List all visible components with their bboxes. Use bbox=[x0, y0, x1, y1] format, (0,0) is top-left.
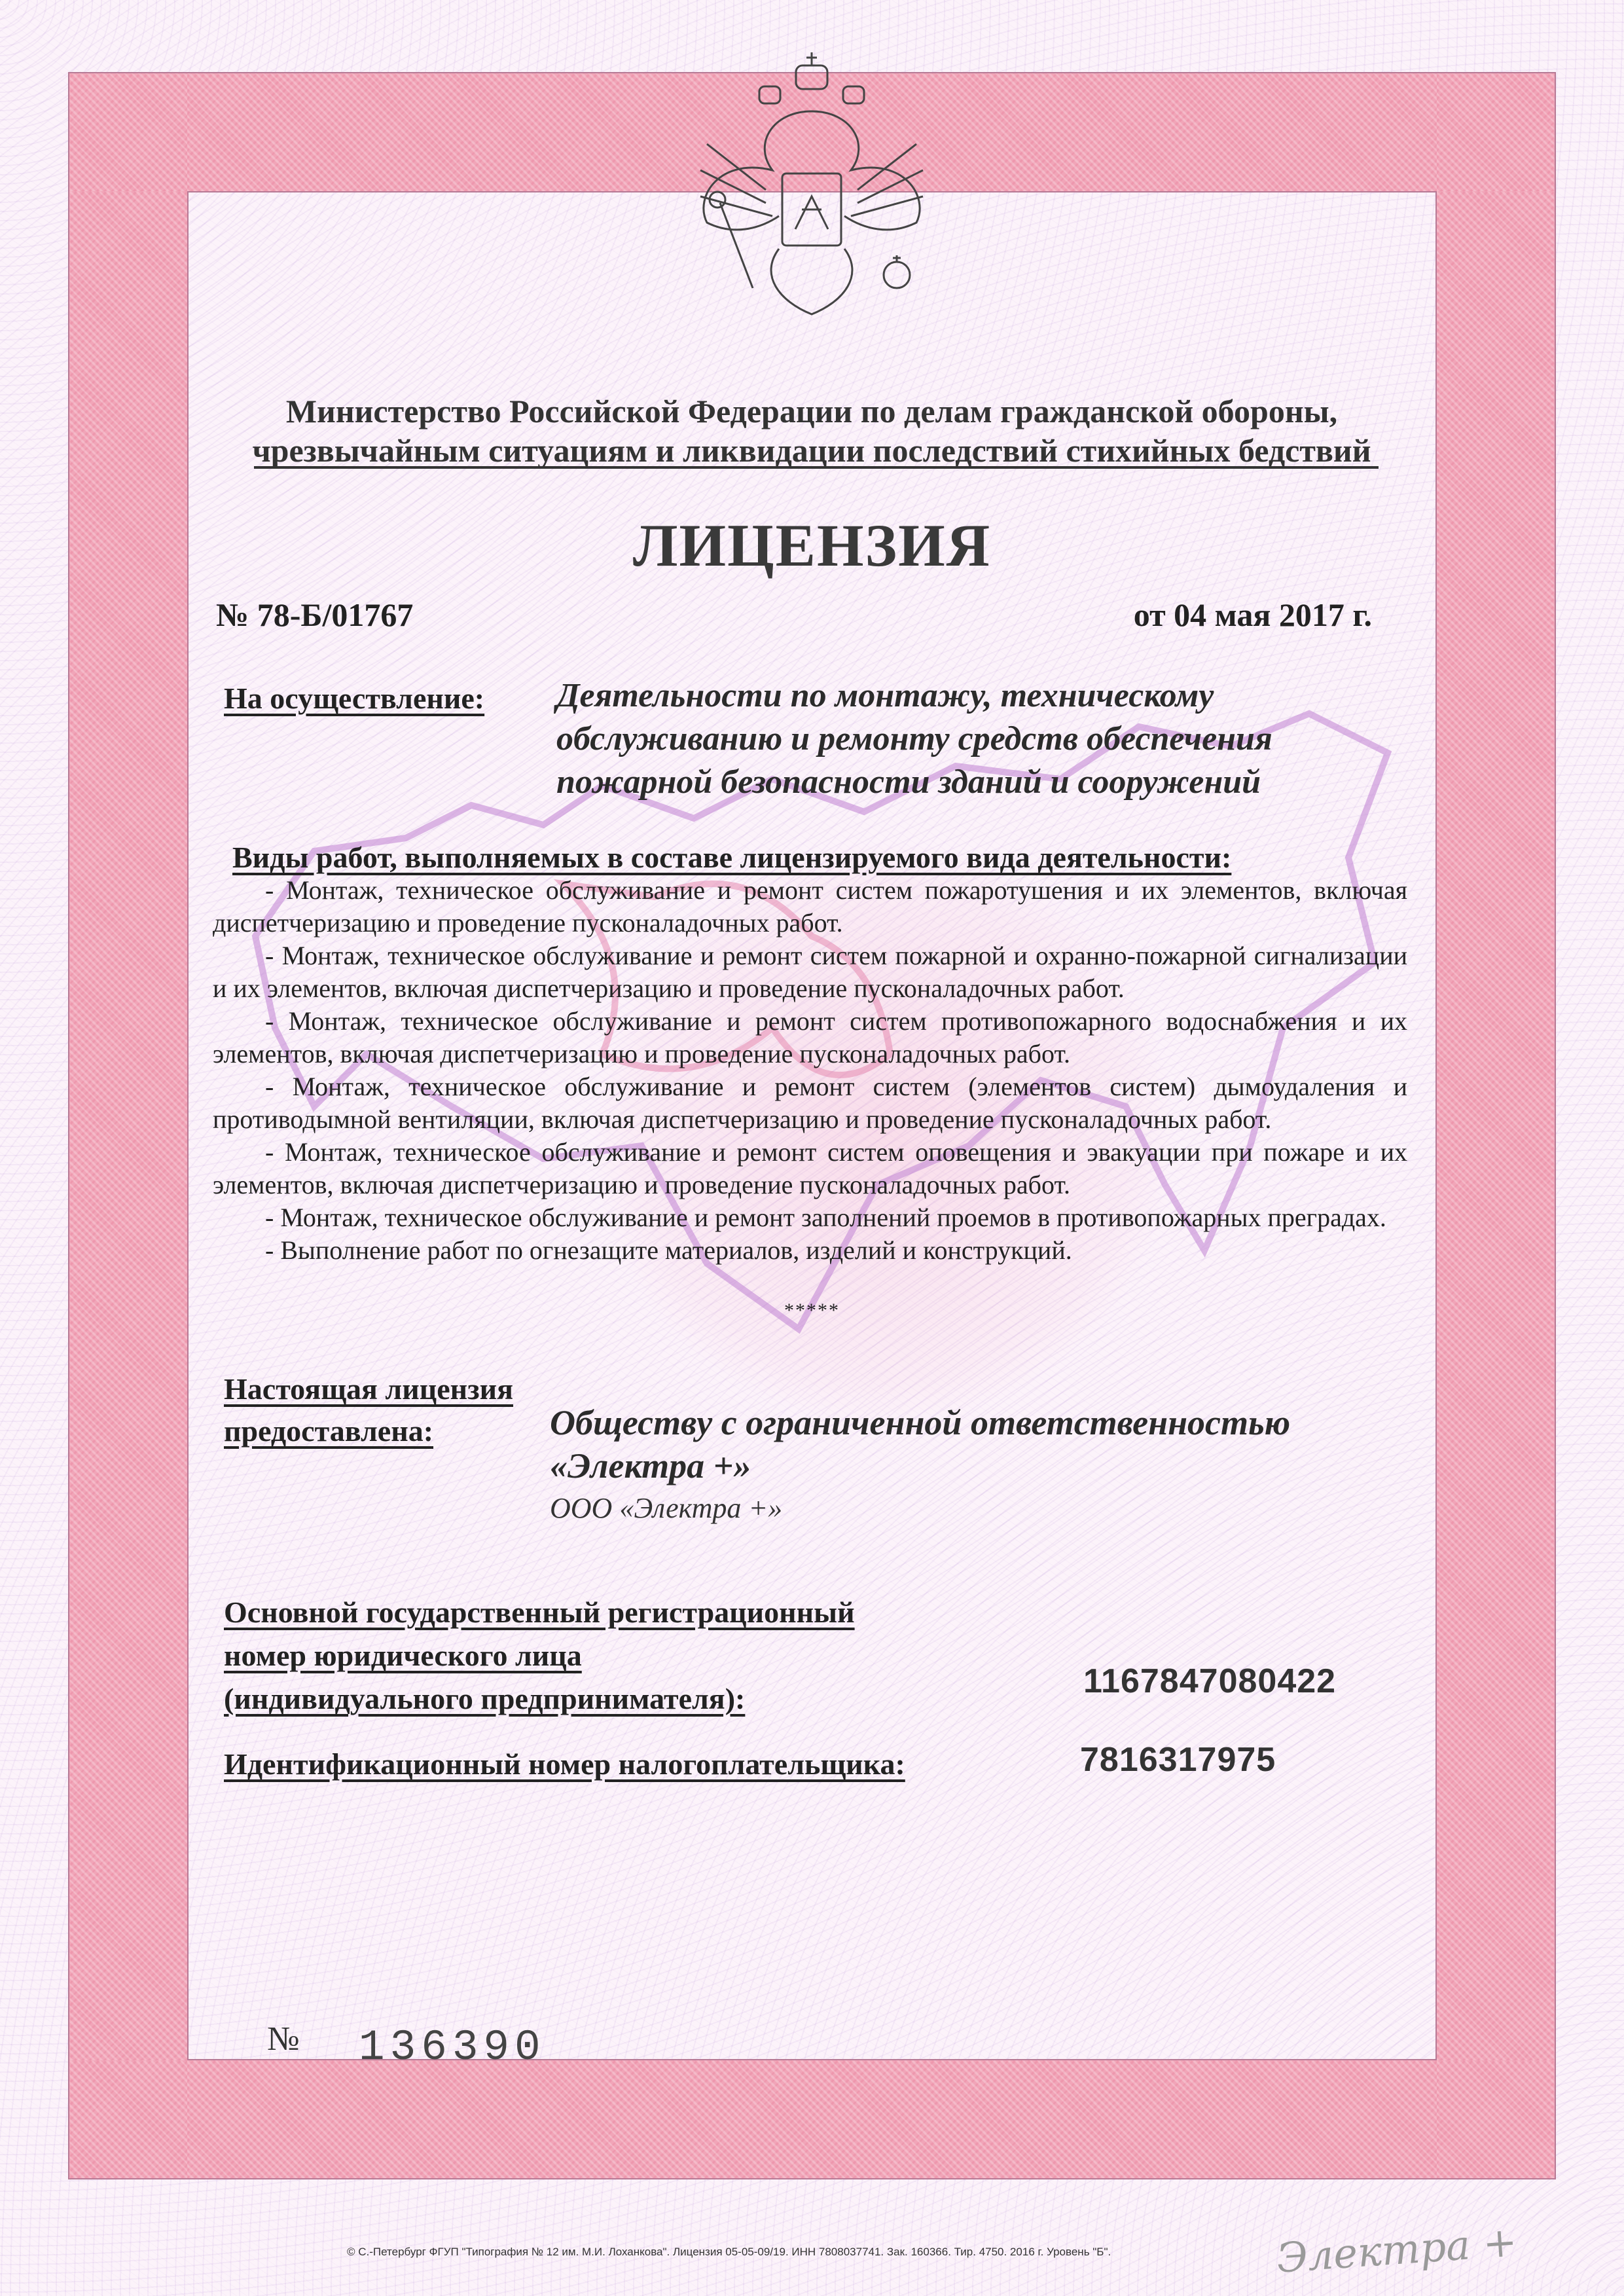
form-serial-number: 136390 bbox=[359, 2023, 546, 2072]
ogrn-label-line-2: номер юридического лица bbox=[224, 1634, 855, 1677]
work-item: - Выполнение работ по огнезащите материа… bbox=[213, 1234, 1407, 1267]
license-date: от 04 мая 2017 г. bbox=[1134, 596, 1372, 634]
license-number: № 78-Б/01767 bbox=[216, 596, 413, 634]
inn-label: Идентификационный номер налогоплательщик… bbox=[224, 1747, 905, 1781]
ministry-divider bbox=[254, 466, 1379, 469]
russian-coat-of-arms-icon bbox=[681, 39, 943, 327]
work-item: - Монтаж, техническое обслуживание и рем… bbox=[213, 1070, 1407, 1136]
work-item: - Монтаж, техническое обслуживание и рем… bbox=[213, 874, 1407, 939]
activity-description: Деятельности по монтажу, техническому об… bbox=[556, 674, 1407, 804]
ogrn-label-line-3: (индивидуального предпринимателя): bbox=[224, 1677, 855, 1721]
form-number-sign: № bbox=[267, 2020, 300, 2058]
ogrn-label: Основной государственный регистрационный… bbox=[224, 1591, 855, 1721]
ogrn-value: 1167847080422 bbox=[1083, 1662, 1336, 1701]
ministry-line-1: Министерство Российской Федерации по дел… bbox=[196, 392, 1427, 431]
work-item: - Монтаж, техническое обслуживание и рем… bbox=[213, 1136, 1407, 1201]
printer-imprint: © С.-Петербург ФГУП "Типография № 12 им.… bbox=[347, 2246, 1111, 2259]
licensee-short-name: ООО «Электра +» bbox=[550, 1491, 782, 1525]
document-title: ЛИЦЕНЗИЯ bbox=[0, 511, 1624, 580]
work-item: - Монтаж, техническое обслуживание и рем… bbox=[213, 1005, 1407, 1070]
works-list: - Монтаж, техническое обслуживание и рем… bbox=[213, 874, 1407, 1267]
licensee-label-line-1: Настоящая лицензия bbox=[224, 1368, 513, 1410]
works-heading: Виды работ, выполняемых в составе лиценз… bbox=[232, 840, 1231, 875]
activity-label: На осуществление: bbox=[224, 681, 484, 716]
ministry-name: Министерство Российской Федерации по дел… bbox=[196, 392, 1427, 470]
ogrn-label-line-1: Основной государственный регистрационный bbox=[224, 1591, 855, 1634]
work-item: - Монтаж, техническое обслуживание и рем… bbox=[213, 939, 1407, 1005]
section-separator: ***** bbox=[0, 1300, 1624, 1322]
licensee-label: Настоящая лицензия предоставлена: bbox=[224, 1368, 513, 1452]
inn-value: 7816317975 bbox=[1080, 1740, 1276, 1779]
licensee-full-name: Обществу с ограниченной ответственностью… bbox=[550, 1401, 1401, 1487]
licensee-label-line-2: предоставлена: bbox=[224, 1410, 513, 1452]
ministry-line-2: чрезвычайным ситуациям и ликвидации посл… bbox=[196, 431, 1427, 470]
work-item: - Монтаж, техническое обслуживание и рем… bbox=[213, 1201, 1407, 1234]
